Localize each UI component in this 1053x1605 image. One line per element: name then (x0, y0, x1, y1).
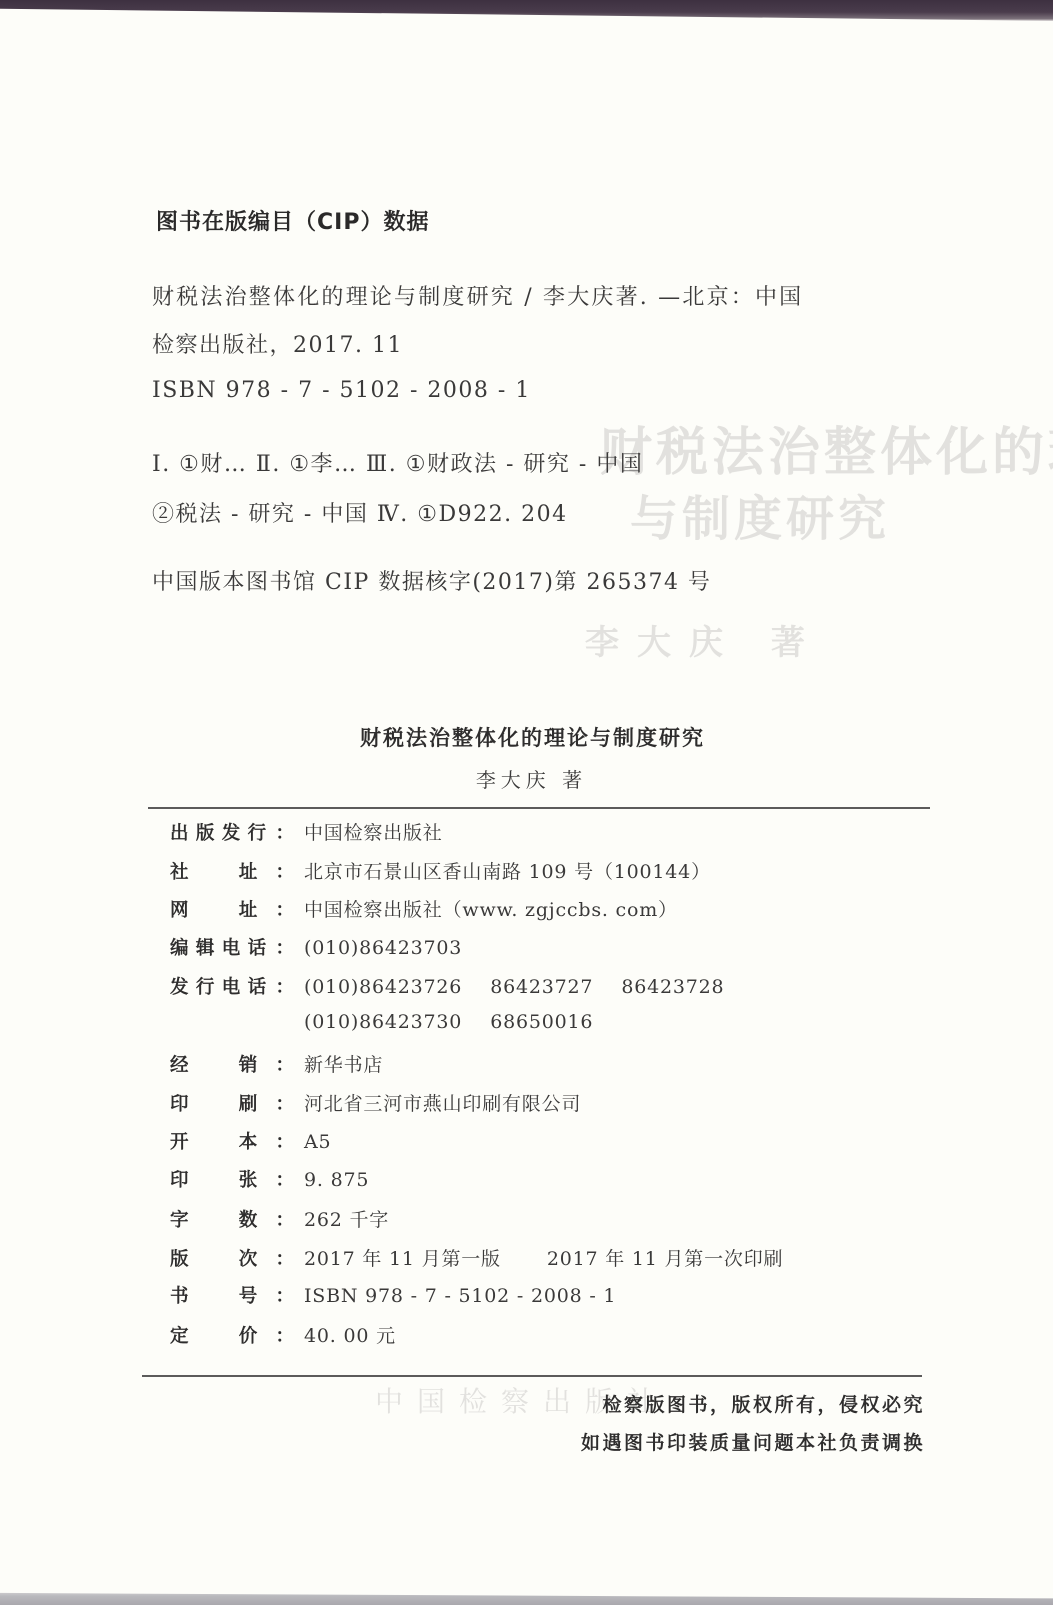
info-value-edition: 2017 年 11 月第一版2017 年 11 月第一次印刷 (304, 1244, 783, 1271)
info-label: 发 行 电 话 ： (170, 973, 294, 999)
info-value-editor-phone: (010)86423703 (304, 937, 462, 959)
bleed-through-title-line2: 与制度研究 (630, 480, 890, 549)
book-title: 财税法治整体化的理论与制度研究 (0, 722, 1053, 752)
cip-line-subjects-1: Ⅰ. ①财… Ⅱ. ①李… Ⅲ. ①财政法 - 研究 - 中国 (152, 447, 643, 478)
info-row-printer: 印 刷 ： 河北省三河市燕山印刷有限公司 (170, 1089, 783, 1128)
copyright-notice: 检察版图书，版权所有，侵权必究 (602, 1390, 925, 1417)
info-row-price: 定 价 ： 40. 00 元 (170, 1321, 783, 1360)
cip-line-publisher: 检察出版社，2017. 11 (152, 328, 403, 359)
scan-edge-bottom (0, 1583, 1053, 1605)
cip-line-subjects-2: ②税法 - 研究 - 中国 Ⅳ. ①D922. 204 (152, 497, 568, 528)
info-label: 书 号 ： (170, 1282, 294, 1308)
info-row-website: 网 址 ： 中国检察出版社（www. zgjccbs. com） (170, 895, 783, 934)
info-row-word-count: 字 数 ： 262 千字 (170, 1205, 783, 1244)
cip-line-isbn: ISBN 978 - 7 - 5102 - 2008 - 1 (152, 378, 531, 403)
info-row-distributor: 经 销 ： 新华书店 (170, 1050, 783, 1089)
info-label: 经 销 ： (170, 1051, 294, 1077)
info-value-sales-phone: (010)864237268642372786423728 (304, 976, 724, 998)
info-value-website: 中国检察出版社（www. zgjccbs. com） (304, 895, 678, 922)
info-label: 编 辑 电 话 ： (170, 934, 294, 960)
info-value-format: A5 (304, 1131, 331, 1153)
cip-line-verification: 中国版本图书馆 CIP 数据核字(2017)第 265374 号 (152, 565, 711, 596)
divider-bottom (142, 1375, 922, 1377)
info-row-sales-phone: 发 行 电 话 ： (010)864237268642372786423728 (170, 973, 783, 1012)
info-row-format: 开 本 ： A5 (170, 1128, 783, 1167)
bleed-through-title-line1: 财税法治整体化的理论 (600, 410, 1053, 485)
info-label: 社 址 ： (170, 858, 294, 884)
cip-heading: 图书在版编目（CIP）数据 (156, 205, 429, 236)
info-value-isbn: ISBN 978 - 7 - 5102 - 2008 - 1 (304, 1285, 616, 1307)
info-row-publisher: 出 版 发 行 ： 中国检察出版社 (170, 818, 783, 857)
info-value-sales-phone-2: (010)8642373068650016 (304, 1011, 593, 1033)
quality-notice: 如遇图书印装质量问题本社负责调换 (581, 1428, 925, 1455)
info-value-publisher: 中国检察出版社 (304, 818, 443, 845)
info-value-distributor: 新华书店 (304, 1050, 383, 1077)
info-row-sheets: 印 张 ： 9. 875 (170, 1166, 783, 1205)
info-row-editor-phone: 编 辑 电 话 ： (010)86423703 (170, 934, 783, 973)
info-row-sales-phone-cont: (010)8642373068650016 (170, 1011, 783, 1050)
divider-top (148, 807, 930, 809)
info-value-price: 40. 00 元 (304, 1321, 396, 1348)
book-author: 李大庆 著 (0, 764, 1053, 793)
info-row-isbn: 书 号 ： ISBN 978 - 7 - 5102 - 2008 - 1 (170, 1282, 783, 1321)
info-label: 网 址 ： (170, 896, 294, 922)
info-label: 印 刷 ： (170, 1090, 294, 1116)
info-label: 字 数 ： (170, 1206, 294, 1232)
info-row-edition: 版 次 ： 2017 年 11 月第一版2017 年 11 月第一次印刷 (170, 1244, 783, 1283)
cip-line-title: 财税法治整体化的理论与制度研究 / 李大庆著. —北京：中国 (152, 280, 803, 311)
info-label: 开 本 ： (170, 1128, 294, 1154)
info-label: 印 张 ： (170, 1166, 294, 1192)
info-value-printer: 河北省三河市燕山印刷有限公司 (304, 1089, 581, 1116)
info-row-address: 社 址 ： 北京市石景山区香山南路 109 号（100144） (170, 857, 783, 896)
scan-edge-top (0, 0, 1053, 22)
info-label: 版 次 ： (170, 1245, 294, 1271)
info-label: 出 版 发 行 ： (170, 819, 294, 845)
info-label: 定 价 ： (170, 1322, 294, 1348)
info-value-sheets: 9. 875 (304, 1169, 369, 1191)
info-value-word-count: 262 千字 (304, 1205, 389, 1232)
bleed-through-author: 李大庆 著 (585, 615, 823, 664)
info-value-address: 北京市石景山区香山南路 109 号（100144） (304, 857, 711, 884)
publication-info-table: 出 版 发 行 ： 中国检察出版社 社 址 ： 北京市石景山区香山南路 109 … (170, 818, 783, 1360)
